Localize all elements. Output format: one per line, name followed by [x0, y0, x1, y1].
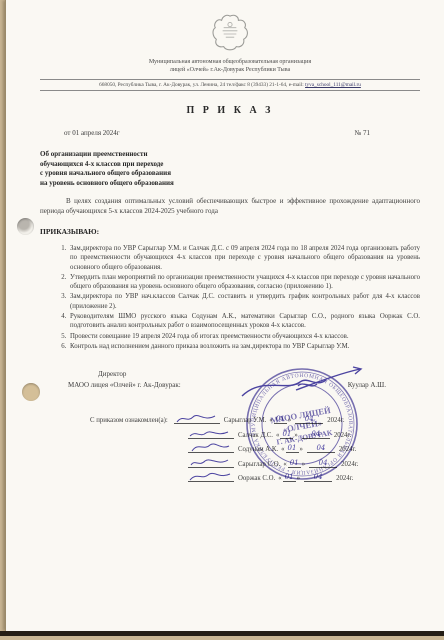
- letterhead-rule-bottom: [40, 90, 420, 91]
- signature-scribble: [188, 459, 234, 468]
- orders-list: Зам.директора по УВР Сарыглар У.М. и Сал…: [40, 244, 420, 351]
- ack-row: Ооржак С.О. « 01 » 04 2024г.: [188, 473, 420, 482]
- ack-month: 04: [314, 473, 323, 481]
- acknowledgment-section: С приказом ознакомлен(а): Сарыглар У.М. …: [40, 415, 420, 482]
- order-item: Провести совещание 19 апреля 2024 года о…: [68, 332, 420, 341]
- quote-close: »: [300, 446, 303, 453]
- order-item: Зам.директора по УВР Сарыглар У.М. и Сал…: [68, 244, 420, 272]
- ack-row: С приказом ознакомлен(а): Сарыглар У.М. …: [90, 415, 420, 424]
- ack-month: 04: [311, 430, 320, 438]
- ack-row: Салчак Д.С. « 01 » 04 2024г.: [188, 430, 420, 439]
- ack-label: С приказом ознакомлен(а):: [90, 417, 168, 424]
- hole-punch: [17, 218, 34, 235]
- resolve-word: ПРИКАЗЫВАЮ:: [40, 227, 420, 236]
- quote-close: »: [302, 461, 305, 468]
- director-name: Куулар А.Ш.: [348, 380, 386, 391]
- order-item: Контроль над исполнением данного приказа…: [68, 342, 420, 351]
- subject-line: с уровня начального общего образования: [40, 169, 420, 179]
- ack-year: 2024г.: [327, 417, 344, 424]
- ack-year: 2024г.: [341, 461, 358, 468]
- ack-name: Ооржак С.О.: [238, 475, 275, 482]
- quote-close: »: [297, 475, 300, 482]
- address-line: 668050, Республика Тыва, г. Ак-Довурак, …: [40, 80, 420, 89]
- signature-scribble: [174, 415, 220, 424]
- quote-open: «: [276, 432, 279, 439]
- org-name-line2: лицей «Олчей» г.Ак-Довурак Республики Ты…: [40, 66, 420, 74]
- ack-day: 01: [276, 415, 285, 423]
- order-item: Утвердить план мероприятий по организаци…: [68, 273, 420, 292]
- subject-block: Об организации преемственности обучающих…: [40, 150, 420, 188]
- ack-name: Сарыглар У.М.: [224, 417, 267, 424]
- ack-name: Сарыглар С.О.: [238, 461, 280, 468]
- ack-name: Содунам А.К.: [238, 446, 278, 453]
- ack-year: 2024г.: [334, 432, 351, 439]
- doc-number: № 71: [355, 129, 370, 137]
- ack-year: 2024г.: [336, 475, 353, 482]
- document-page: Муниципальная автономная общеобразовател…: [5, 0, 444, 631]
- quote-open: «: [278, 475, 281, 482]
- order-item: Зам.директора по УВР нач.классов Салчак …: [68, 292, 420, 311]
- order-item: Руководителям ШМО русского языка Содунам…: [68, 312, 420, 331]
- subject-line: на уровень основного общего образования: [40, 179, 420, 189]
- quote-open: «: [283, 461, 286, 468]
- page-bottom-edge: [0, 631, 444, 636]
- ack-day: 01: [282, 430, 291, 438]
- ack-month: 04: [305, 415, 314, 423]
- quote-open: «: [281, 446, 284, 453]
- intro-paragraph: В целях создания оптимальных условий обе…: [40, 197, 420, 216]
- quote-close: »: [288, 417, 291, 424]
- email-text: tyva_school_111@mail.ru: [305, 82, 361, 88]
- ack-day: 01: [288, 444, 297, 452]
- ack-year: 2024г.: [339, 446, 356, 453]
- ack-day: 01: [285, 473, 294, 481]
- signature-scribble: [188, 430, 234, 439]
- quote-open: «: [269, 417, 272, 424]
- ack-month: 04: [316, 444, 325, 452]
- ack-row: Сарыглар С.О. « 01 » 04 2024г.: [188, 459, 420, 468]
- signature-scribble: [188, 473, 234, 482]
- hole-punch: [22, 383, 40, 401]
- ack-month: 04: [319, 459, 328, 467]
- doc-title: П Р И К А З: [40, 105, 420, 116]
- quote-close: »: [294, 432, 297, 439]
- org-name-line1: Муниципальная автономная общеобразовател…: [40, 58, 420, 66]
- director-org: МАОО лицея «Олчей» г. Ак-Довурак:: [68, 380, 181, 391]
- subject-line: Об организации преемственности: [40, 150, 420, 160]
- date-number-row: от 01 апреля 2024г № 71: [40, 129, 420, 137]
- school-emblem-icon: [211, 14, 249, 54]
- doc-date: от 01 апреля 2024г: [64, 129, 120, 137]
- signature-scribble: [188, 444, 234, 453]
- director-title: Директор: [68, 369, 181, 380]
- director-block: Директор МАОО лицея «Олчей» г. Ак-Довура…: [40, 369, 420, 391]
- ack-name: Салчак Д.С.: [238, 432, 273, 439]
- ack-row: Содунам А.К. « 01 » 04 2024г.: [188, 444, 420, 453]
- subject-line: обучающихся 4-х классов при переходе: [40, 160, 420, 170]
- ack-day: 01: [290, 459, 299, 467]
- address-text: 668050, Республика Тыва, г. Ак-Довурак, …: [99, 82, 304, 88]
- org-name: Муниципальная автономная общеобразовател…: [40, 58, 420, 74]
